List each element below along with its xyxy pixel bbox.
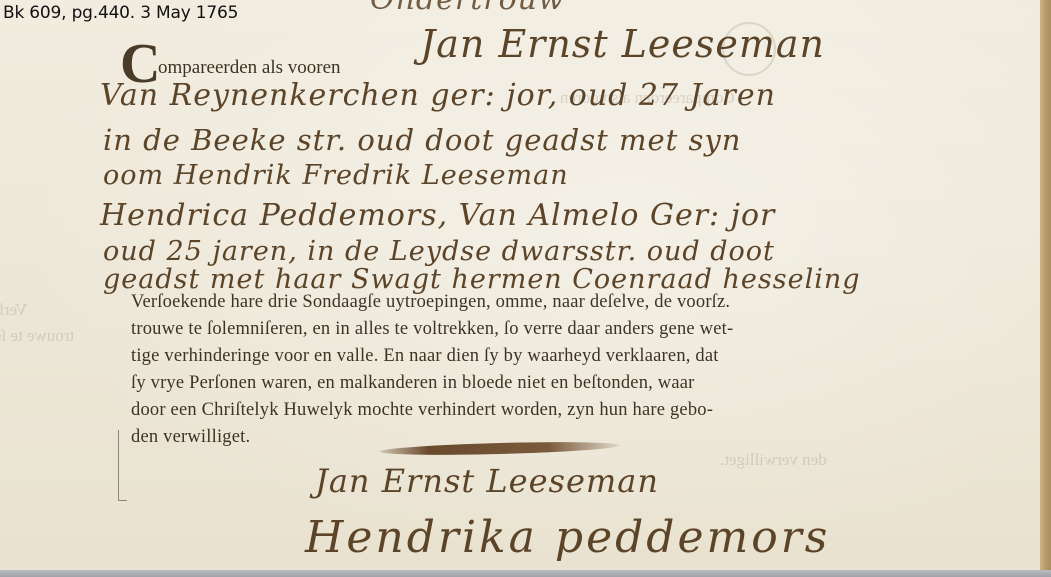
archival-document-page: Compareerden als vooren Verſoekende hare… [0,0,1040,570]
printed-body-line-4: ſy vrye Perſonen waren, en malkanderen i… [131,373,695,394]
page-edge [1040,0,1051,570]
printed-body-line-2: trouwe te ſolemniſeren, en in alles te v… [131,319,733,340]
handwritten-line-5: oud 25 jaren, in de Leydse dwarsstr. oud… [103,236,775,267]
printed-body-line-6: den verwilliget. [131,427,250,448]
handwritten-groom-name: Jan Ernst Leeseman [420,22,825,66]
record-reference-label: Bk 609, pg.440. 3 May 1765 [3,3,238,23]
bottom-border-strip [0,570,1051,577]
handwritten-line-6: geadst met haar Swagt hermen Coenraad he… [103,264,861,295]
handwritten-line-1: Van Reynenkerchen ger: jor, oud 27 Jaren [100,78,776,113]
handwritten-line-4: Hendrica Peddemors, Van Almelo Ger: jor [100,198,775,233]
bride-signature: Hendrika peddemors [305,512,830,563]
handwritten-line-3: oom Hendrik Fredrik Leeseman [103,160,569,191]
margin-bracket [118,430,127,501]
bleed-through-text: den verwilliget. [720,450,827,470]
handwritten-line-2: in de Beeke str. oud doot geadst met syn [103,123,741,157]
printed-body-line-1: Verſoekende hare drie Sondaagſe uytroepi… [131,292,730,313]
bleed-through-text: Verſoekende hare drie Sondaagſe uytroepi… [0,300,28,320]
ink-smudge [380,440,620,457]
groom-signature: Jan Ernst Leeseman [315,462,659,500]
printed-body-line-3: tige verhinderinge voor en valle. En naa… [131,346,719,367]
bleed-through-text: trouwe te ſolemniſeren, en in alles te v… [0,326,74,346]
handwritten-header-fragment: Ondertrouw [370,0,565,17]
printed-intro-text: ompareerden als vooren [158,57,341,79]
printed-body-line-5: door een Chriſtelyk Huwelyk mochte verhi… [131,400,713,421]
